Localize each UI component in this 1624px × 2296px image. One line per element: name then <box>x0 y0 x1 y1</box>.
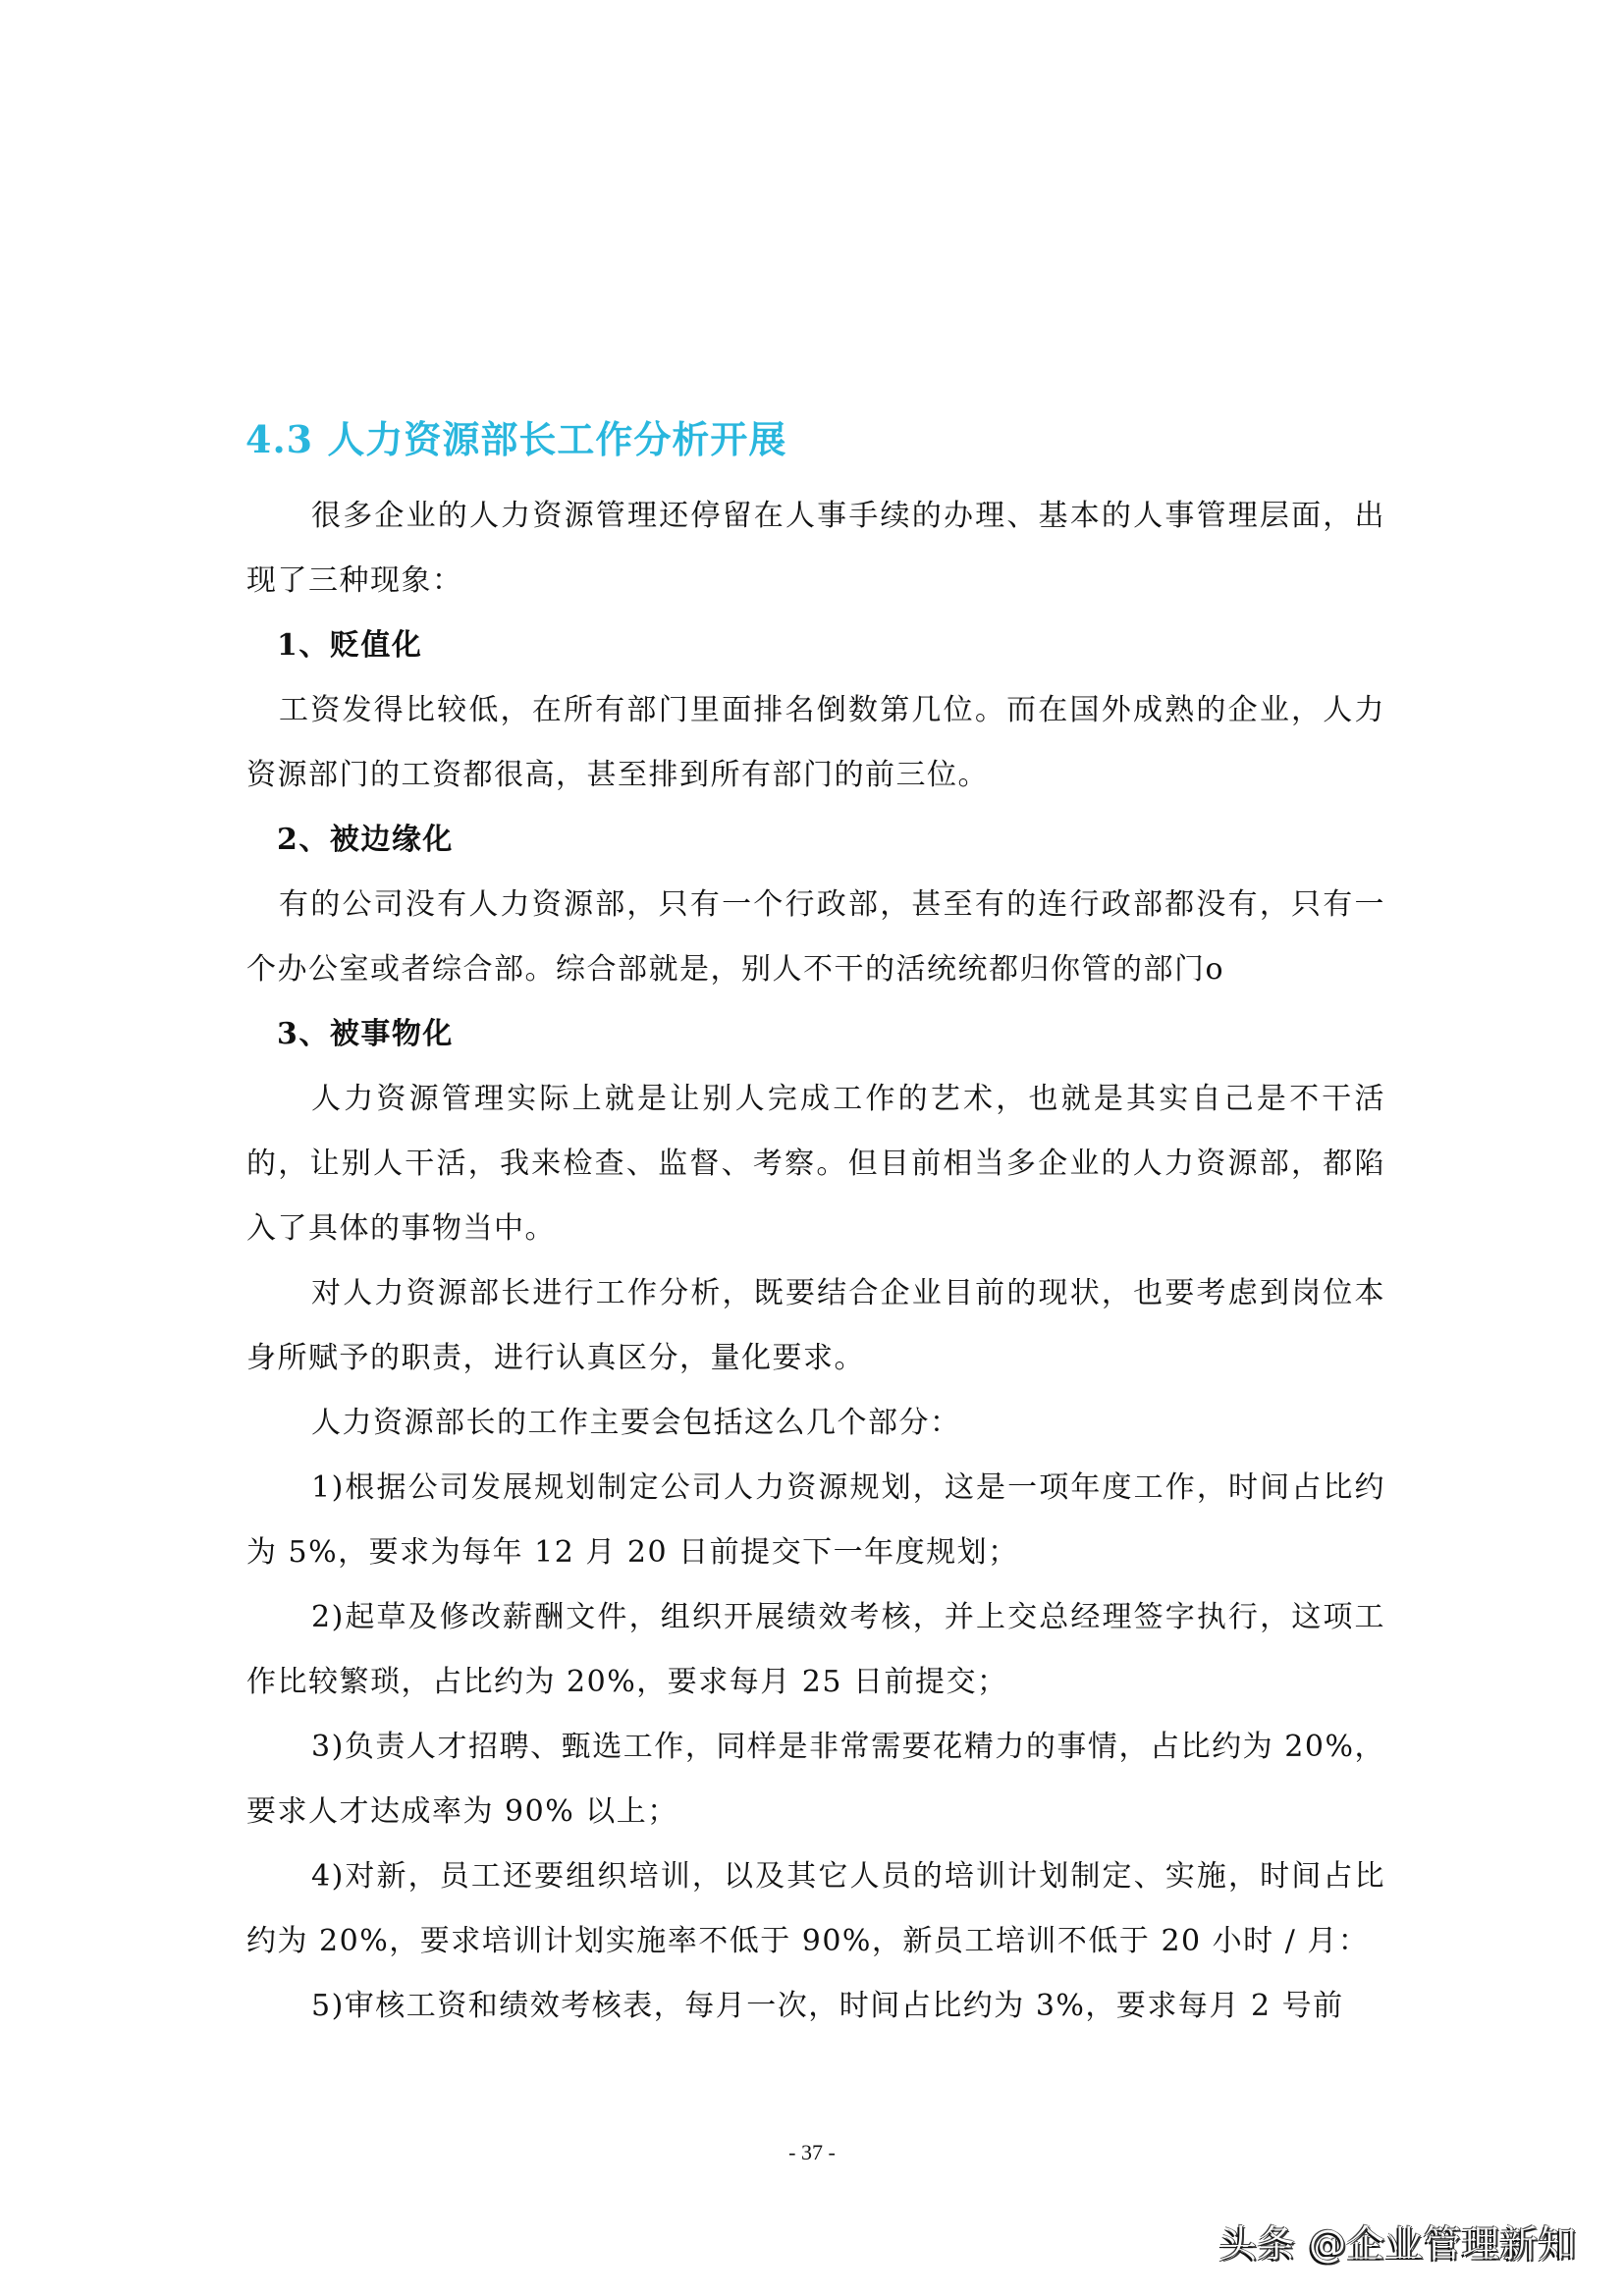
subheading-marginalization: 2、被边缘化 <box>246 808 1385 873</box>
paragraph-job-analysis: 对人力资源部长进行工作分析，既要结合企业目前的现状，也要考虑到岗位本身所赋予的职… <box>246 1261 1385 1391</box>
list-item-2: 2)起草及修改薪酬文件，组织开展绩效考核，并上交总经理签字执行，这项工作比较繁琐… <box>246 1585 1385 1715</box>
section-heading: 4.3 人力资源部长工作分析开展 <box>245 409 786 463</box>
document-body: 很多企业的人力资源管理还停留在人事手续的办理、基本的人事管理层面，出现了三种现象… <box>246 484 1385 2039</box>
document-page: 4.3 人力资源部长工作分析开展 很多企业的人力资源管理还停留在人事手续的办理、… <box>0 0 1624 2296</box>
list-item-4: 4)对新，员工还要组织培训，以及其它人员的培训计划制定、实施，时间占比约为 20… <box>246 1844 1385 1974</box>
paragraph-routinization: 人力资源管理实际上就是让别人完成工作的艺术，也就是其实自己是不干活的，让别人干活… <box>246 1067 1385 1261</box>
page-number: - 37 - <box>0 2140 1624 2165</box>
list-item-5: 5)审核工资和绩效考核表，每月一次，时间占比约为 3%，要求每月 2 号前 <box>246 1974 1385 2039</box>
subheading-devaluation: 1、贬值化 <box>246 614 1385 678</box>
subheading-routinization: 3、被事物化 <box>246 1002 1385 1067</box>
paragraph-intro: 很多企业的人力资源管理还停留在人事手续的办理、基本的人事管理层面，出现了三种现象… <box>246 484 1385 614</box>
list-item-1: 1)根据公司发展规划制定公司人力资源规划，这是一项年度工作，时间占比约为 5%，… <box>246 1456 1385 1585</box>
paragraph-devaluation: 工资发得比较低，在所有部门里面排名倒数第几位。而在国外成熟的企业，人力资源部门的… <box>246 678 1385 808</box>
paragraph-marginalization: 有的公司没有人力资源部，只有一个行政部，甚至有的连行政部都没有，只有一个办公室或… <box>246 873 1385 1002</box>
list-item-3: 3)负责人才招聘、甄选工作，同样是非常需要花精力的事情，占比约为 20%，要求人… <box>246 1715 1385 1844</box>
watermark: 头条 @企业管理新知 <box>1219 2214 1577 2268</box>
paragraph-work-parts-intro: 人力资源部长的工作主要会包括这么几个部分： <box>246 1391 1385 1456</box>
